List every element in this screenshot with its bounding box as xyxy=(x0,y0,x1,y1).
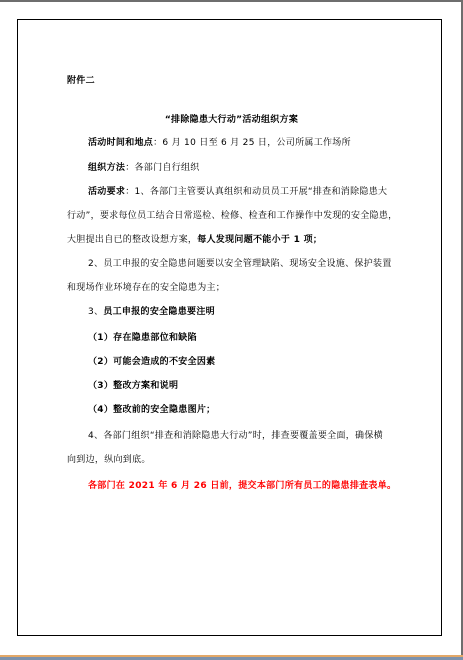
deadline-notice: 各部门在 2021 年 6 月 26 日前，提交本部门所有员工的隐患排查表单。 xyxy=(88,480,396,492)
item2-line-1: 2、员工申报的安全隐患问题要以安全管理缺陷、现场安全设施、保护装置 xyxy=(88,258,392,270)
item3-heading-line: 3、员工申报的安全隐患要注明 xyxy=(88,306,215,318)
requirements-label: 活动要求 xyxy=(88,187,125,197)
time-place-paragraph: 活动时间和地点：6 月 10 日至 6 月 25 日，公司所属工作场所 xyxy=(88,137,351,149)
page-border-frame xyxy=(17,19,442,636)
annex-label: 附件二 xyxy=(67,75,95,87)
item3-subitem-2: （2）可能会造成的不安全因素 xyxy=(88,356,215,368)
requirements-text-3: 大胆提出自已的整改设想方案， xyxy=(67,235,197,245)
item2-line-2: 和现场作业环境存在的安全隐患为主； xyxy=(67,282,225,294)
item3-heading: 员工申报的安全隐患要注明 xyxy=(103,307,215,317)
item3-subitem-3: （3）整改方案和说明 xyxy=(88,380,178,392)
page-edge-top xyxy=(0,0,463,2)
document-title: “排除隐患大行动”活动组织方案 xyxy=(0,114,463,126)
item4-line-2: 向到边，纵向到底。 xyxy=(67,454,151,466)
requirements-emphasis: 每人发现问题不能小于 1 项； xyxy=(197,235,322,245)
method-value: ：各部门自行组织 xyxy=(125,163,199,173)
requirements-line-2: 行动”，要求每位员工结合日常巡检、检修、检查和工作操作中发现的安全隐患， xyxy=(67,210,397,222)
method-label: 组织方法 xyxy=(88,163,125,173)
time-place-value: ：6 月 10 日至 6 月 25 日，公司所属工作场所 xyxy=(153,138,351,148)
item3-prefix: 3、 xyxy=(88,307,103,317)
requirements-text-1: ：1、各部门主管要认真组织和动员员工开展“排查和消除隐患大 xyxy=(125,187,387,197)
requirements-line-1: 活动要求：1、各部门主管要认真组织和动员员工开展“排查和消除隐患大 xyxy=(88,186,387,198)
item4-line-1: 4、各部门组织“排查和消除隐患大行动”时，排查要覆盖要全面，确保横 xyxy=(88,430,383,442)
method-paragraph: 组织方法：各部门自行组织 xyxy=(88,162,200,174)
time-place-label: 活动时间和地点 xyxy=(88,138,153,148)
item3-subitem-1: （1）存在隐患部位和缺陷 xyxy=(88,332,197,344)
requirements-line-3: 大胆提出自已的整改设想方案，每人发现问题不能小于 1 项； xyxy=(67,234,322,246)
item3-subitem-4: （4）整改前的安全隐患图片； xyxy=(88,404,215,416)
